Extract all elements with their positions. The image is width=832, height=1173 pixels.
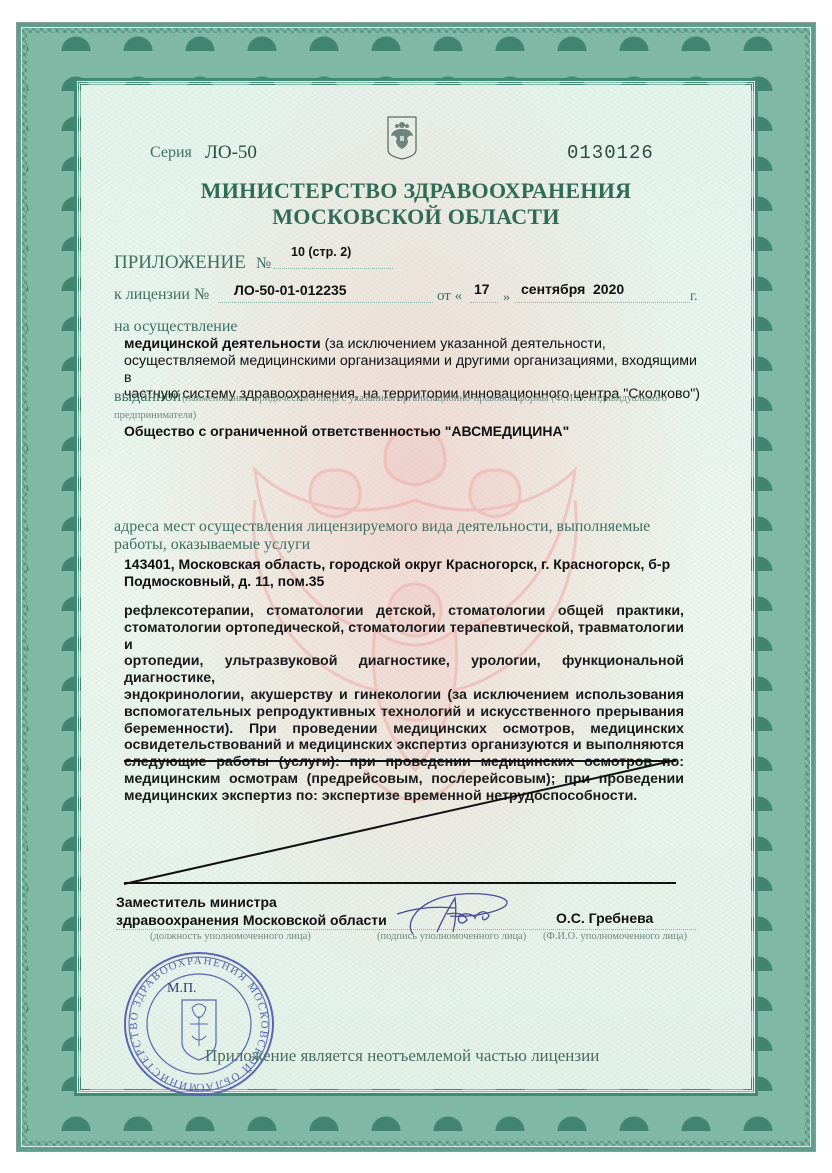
ministry-title-line1: МИНИСТЕРСТВО ЗДРАВООХРАНЕНИЯ [0, 178, 832, 204]
ministry-title: МИНИСТЕРСТВО ЗДРАВООХРАНЕНИЯ МОСКОВСКОЙ … [0, 178, 832, 230]
serial-number: 0130126 [567, 142, 654, 164]
services-line: освидетельствований и медицинских экспер… [124, 737, 684, 754]
license-year-suffix: г. [690, 289, 698, 305]
footer-note: Приложение является неотъемлемой частью … [205, 1046, 599, 1066]
address: 143401, Московская область, городской ок… [124, 556, 670, 590]
organization-name: Общество с ограниченной ответственностью… [124, 423, 569, 439]
addresses-label: адреса мест осуществления лицензируемого… [114, 518, 650, 554]
license-day-value: 17 [474, 281, 490, 297]
russian-coat-of-arms-icon [387, 116, 417, 160]
official-seal-icon: МИНИСТЕРСТВО ЗДРАВООХРАНЕНИЯ МОСКОВСКОЙ … [122, 950, 277, 1098]
series-label: Серия [150, 144, 192, 162]
license-from-label: от « [437, 288, 462, 305]
signatory-name: О.С. Гребнева [556, 910, 653, 926]
issued-note-line2: предпринимателя) [114, 410, 196, 421]
addresses-label-line1: адреса мест осуществления лицензируемого… [114, 518, 650, 536]
addresses-label-line2: работы, оказываемые услуги [114, 536, 650, 554]
activity-type: медицинской деятельности [124, 336, 321, 352]
services-line: рефлексотерапии, стоматологии детской, с… [124, 603, 684, 620]
services-line: ортопедии, ультразвуковой диагностике, у… [124, 653, 684, 687]
signature-caption: (подпись уполномоченного лица) [377, 931, 526, 942]
license-month-year-value: сентября 2020 [521, 281, 624, 297]
strike-diagonal-line [120, 756, 680, 890]
services-line: вспомогательных репродуктивных технологи… [124, 704, 684, 721]
ministry-title-line2: МОСКОВСКОЙ ОБЛАСТИ [0, 204, 832, 230]
signatory-position: Заместитель министра здравоохранения Мос… [116, 893, 387, 929]
license-label: к лицензии № [114, 286, 209, 304]
issued-note: (наименование юридического лица с указан… [182, 393, 667, 404]
series-value: ЛО-50 [205, 142, 257, 164]
activity-line1: (за исключением указанной деятельности, [321, 336, 606, 352]
license-date-field: сентября 2020 [515, 280, 690, 303]
appendix-label: ПРИЛОЖЕНИЕ [114, 252, 246, 274]
license-close-quote: » [503, 290, 510, 306]
activity-label: на осуществление [114, 318, 238, 336]
appendix-number-field: 10 (стр. 2) [273, 248, 393, 269]
appendix-number-sign: № [256, 255, 271, 273]
signatory-position-line2: здравоохранения Московской области [116, 911, 387, 929]
address-line2: Подмосковный, д. 11, пом.35 [124, 573, 670, 590]
name-caption: (Ф.И.О. уполномоченного лица) [543, 931, 687, 942]
svg-text:М.П.: М.П. [167, 981, 197, 996]
services-line: беременности). При проведении медицински… [124, 721, 684, 738]
license-number-value: ЛО-50-01-012235 [234, 282, 347, 298]
license-day-field: 17 [470, 280, 498, 303]
services-line: эндокринологии, акушерству и гинекологии… [124, 687, 684, 704]
position-caption: (должность уполномоченного лица) [150, 931, 311, 942]
issued-label: выданной [114, 388, 181, 406]
services-line: стоматологии ортопедической, стоматологи… [124, 620, 684, 654]
address-line1: 143401, Московская область, городской ок… [124, 556, 670, 573]
signatory-position-line1: Заместитель министра [116, 893, 387, 911]
activity-line2: осуществляемой медицинскими организациям… [124, 353, 704, 387]
license-number-field: ЛО-50-01-012235 [218, 280, 433, 303]
appendix-number-value: 10 (стр. 2) [291, 245, 351, 259]
strike-bottom-line [124, 882, 676, 884]
